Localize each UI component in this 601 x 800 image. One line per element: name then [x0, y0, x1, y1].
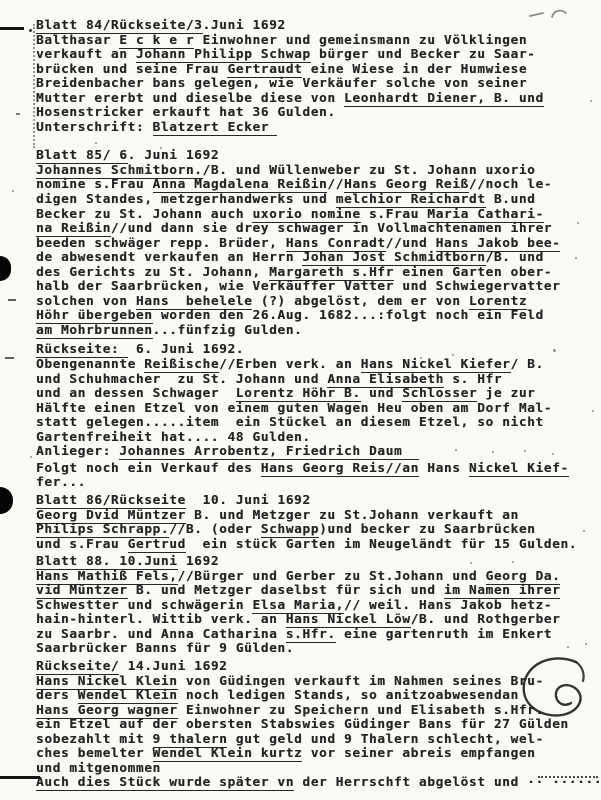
typed-text: 1692: [178, 554, 220, 569]
text-line: des Gerichts zu St. Johann, Margareth s.…: [36, 266, 587, 281]
typed-text: solchen von: [36, 294, 136, 309]
typed-text: Breidenbacher bans gelegen, wie Verkäufe…: [36, 76, 527, 91]
ink-speck: [29, 29, 32, 32]
typed-text: s. Hfr: [444, 372, 502, 387]
text-line: Blatt 85/ 6. Juni 1692: [36, 149, 587, 164]
typed-text: B. und Metzger zu St.Johann verkauft an: [186, 508, 519, 523]
scan-edge-line-top-left: [0, 27, 24, 30]
text-line: Gartenfreiheit hat.... 48 Gulden.: [36, 431, 587, 446]
text-line: Hans Mathiß Fels,//Bürger und Gerber zu …: [36, 570, 587, 585]
text-line: Hans Georg wagner Einwohner zu Speichern…: [36, 704, 587, 719]
typed-text: Anlieger:: [36, 444, 119, 459]
text-line: Schwestter und schwägerin Elsa Maria,// …: [36, 599, 587, 614]
text-line: Rückseite/ 14.Juni 1692: [36, 660, 587, 675]
typed-text: und an dessen Schwager: [36, 386, 236, 401]
text-line: verkauft an Johann Philipp Schwap bürger…: [36, 48, 587, 63]
typed-text: halb der Saarbrücken, wie Verkäuffer Vat…: [36, 279, 560, 294]
text-line: Blatt 84/Rückseite/3.Juni 1692: [36, 19, 587, 34]
typed-text: Balthasar: [36, 33, 119, 48]
entry-block-blatt-84-rueckseite-3-juni-1692: Blatt 84/Rückseite/3.Juni 1692Balthasar …: [36, 19, 587, 135]
ink-speck: [512, 561, 514, 563]
typed-text: Saarbrücker Banns für 9 Gülden.: [36, 641, 294, 656]
ink-speck: [592, 410, 594, 412]
typed-text: (?) abgelöst, dem er von: [252, 294, 468, 309]
typed-text: Obengenannte: [36, 357, 144, 372]
text-line: hain-hinterl. Wittib verk. an Hans Nicke…: [36, 613, 587, 628]
typed-text: //noch le-: [469, 177, 552, 192]
entry-block-blatt-88-10-juni-1692: Blatt 88. 10.Juni 1692Hans Mathiß Fels,/…: [36, 555, 587, 657]
underlined-text: Blatt 88. 10.Juni: [36, 554, 178, 570]
scan-edge-line-bottom-left: [0, 776, 40, 779]
text-line: na Reißin//und dann sie drey schwager in…: [36, 222, 587, 237]
typed-text: Folgt noch ein Verkauf des: [36, 461, 261, 476]
text-line: Unterschrift: Blatzert Ecker: [36, 121, 587, 136]
typed-text: // weil. Hans Jakob hetz-: [344, 598, 552, 613]
underlined-text: Höhr übergeben: [36, 308, 153, 324]
text-line: Breidenbacher bans gelegen, wie Verkäufe…: [36, 77, 587, 92]
ink-speck: [590, 100, 592, 102]
text-line: Saarbrücker Banns für 9 Gülden.: [36, 642, 587, 657]
typed-text: Hosenstricker erkauft hat 36 Gulden.: [36, 105, 336, 120]
typed-text: vor seiner abreis empfangen: [302, 746, 535, 761]
text-line: Auch dies Stück wurde später vn der Herr…: [36, 776, 587, 791]
typed-text: gut geld und 9 Thalern schlecht, wel-: [227, 732, 543, 747]
entry-block-blatt-85-6-juni-1692: Blatt 85/ 6. Juni 1692Johannes Schmitbor…: [36, 149, 587, 338]
text-line: am Mohrbrunnen...fünfzig Gulden.: [36, 324, 587, 339]
text-line: Folgt noch ein Verkauf des Hans Georg Re…: [36, 462, 587, 477]
entry-block-nachtrag-verkauf-reis-kiefer: Folgt noch ein Verkauf des Hans Georg Re…: [36, 462, 587, 491]
typed-text: 10. Juni 1692: [186, 493, 311, 508]
entry-block-rueckseite-14-juni-1692: Rückseite/ 14.Juni 1692Hans Nickel Klein…: [36, 660, 587, 791]
ink-speck: [583, 530, 585, 532]
typed-text: je zur: [477, 386, 535, 401]
typed-text: verkauft an: [36, 47, 136, 62]
ink-speck: [552, 453, 554, 455]
text-line: Blatt 86/Rückseite 10. Juni 1692: [36, 494, 587, 509]
underlined-text: Blatt 86/Rückseite: [36, 493, 186, 509]
text-line: sobezahlt mit 9 thalern gut geld und 9 T…: [36, 733, 587, 748]
text-line: halb der Saarbrücken, wie Verkäuffer Vat…: [36, 280, 587, 295]
margin-dash: [8, 299, 16, 301]
text-line: Obengenannte Reißische//Erben verk. an H…: [36, 358, 587, 373]
ink-speck: [160, 147, 162, 149]
underlined-text: am Mohrbrunnen: [36, 323, 153, 339]
typed-text: B.und: [486, 192, 536, 207]
ink-speck: [452, 354, 454, 356]
margin-dotted-line: [33, 24, 35, 148]
text-line: Anlieger: Johannes Arrobentz, Friedrich …: [36, 445, 587, 460]
text-line: nomine s.Frau Anna Magdalena Reißin//Han…: [36, 178, 587, 193]
typed-text: Einwohner und gemeinsmann zu Völklingen: [194, 33, 527, 48]
margin-dash: [16, 113, 20, 115]
typed-text: digen Standes, metzgerhandwerks und: [36, 192, 336, 207]
text-line: zu Saarbr. und Anna Catharina s.Hfr. ein…: [36, 628, 587, 643]
handwritten-tick-mark: [528, 4, 570, 22]
text-line: beeden schwäger repp. Brüder, Hans Conra…: [36, 237, 587, 252]
typed-text: .Juni 1692: [203, 18, 286, 33]
text-line: ders Wendel Klein noch ledigen Stands, s…: [36, 689, 587, 704]
text-line: Höhr übergeben worden den 26.Aug. 1682..…: [36, 309, 587, 324]
typed-text: einen Garten ober-: [394, 265, 552, 280]
underlined-text: Blatzert Ecker: [153, 120, 278, 136]
text-line: Balthasar E c k e r Einwohner und gemein…: [36, 34, 587, 49]
ink-speck: [553, 349, 556, 352]
typed-text: und mitgenommen: [36, 761, 161, 776]
typed-text: s.Frau: [361, 207, 428, 222]
typed-text: eine Wiese in der Humwiese: [302, 62, 527, 77]
typed-text: ein stück Garten im Neugeländt für 15 Gu…: [186, 537, 577, 552]
typed-text: Unterschrift:: [36, 120, 153, 135]
underlined-text: Hans Georg Reis//an: [261, 461, 419, 477]
typed-text: //B. (oder: [169, 522, 261, 537]
text-line: Hans Nickel Klein von Güdingen verkauft …: [36, 675, 587, 690]
typed-text: Hälfte einen Etzel von einem guten Wagen…: [36, 401, 552, 416]
underlined-text: Auch dies Stück wurde später vn: [36, 775, 294, 791]
typed-text: B. und Metzger daselbst für sich und: [128, 583, 444, 598]
typed-text: 6. Juni 1692.: [128, 342, 245, 357]
ink-speck: [30, 456, 32, 458]
text-line: Hosenstricker erkauft hat 36 Gulden.: [36, 106, 587, 121]
text-line: fer...: [36, 476, 587, 491]
text-line: Rückseite: 6. Juni 1692.: [36, 343, 587, 358]
typed-text: //Bürger und Gerber zu St.Johann und: [178, 569, 486, 584]
underlined-text: Rückseite/: [36, 659, 119, 675]
typed-text: beeden schwäger repp. Brüder,: [36, 236, 286, 251]
typed-text: nomine s.Frau: [36, 177, 153, 192]
typed-text: //Erben verk. an: [219, 357, 361, 372]
text-line: Becker zu St. Johann auch uxorio nomine …: [36, 208, 587, 223]
text-line: de abwesendt verkaufen an Herrn Johan Jo…: [36, 251, 587, 266]
typed-text: Mutter ererbt und dieselbe diese von: [36, 91, 344, 106]
typed-text: sobezahlt mit: [36, 732, 153, 747]
text-line: solchen von Hans behelele (?) abgelöst, …: [36, 295, 587, 310]
typed-text: noch ledigen Stands, so anitzoabwesendan: [178, 688, 519, 703]
text-line: ein Etzel auf der obersten Stabswies Güd…: [36, 718, 587, 733]
ink-speck: [470, 562, 472, 564]
typed-text: und: [361, 386, 403, 401]
text-line: Johannes Schmitborn./B. und Wüllenweber …: [36, 164, 587, 179]
text-line: Philips Schrapp.//B. (oder Schwapp)und b…: [36, 523, 587, 538]
typed-text: Einwohner zu Speichern und Elisabeth s.H…: [178, 703, 544, 718]
text-line: Hälfte einen Etzel von einem guten Wagen…: [36, 402, 587, 417]
typed-text: ein Etzel auf der obersten Stabswies Güd…: [36, 717, 569, 732]
ink-speck: [577, 222, 579, 224]
typed-text: //: [327, 177, 344, 192]
ink-speck: [455, 449, 457, 451]
typed-text: Schwestter und schwägerin: [36, 598, 252, 613]
typed-text: hain-hinterl. Wittib verk. an: [36, 612, 286, 627]
text-line: und mitgenommen: [36, 762, 587, 777]
typed-text: / B.: [511, 357, 544, 372]
text-line: brücken und seine Frau Gertraudt eine Wi…: [36, 63, 587, 78]
underlined-text: Gertrud: [128, 537, 186, 553]
text-line: und s.Frau Gertrud ein stück Garten im N…: [36, 538, 587, 553]
text-line: Georg Dvid Müntzer B. und Metzger zu St.…: [36, 509, 587, 524]
typed-text: Gartenfreiheit hat.... 48 Gulden.: [36, 430, 311, 445]
typed-text: statt gelegen.....item ein Stückel an di…: [36, 415, 544, 430]
typed-text: Becker zu St. Johann auch: [36, 207, 252, 222]
hole-punch-mark-bottom: [0, 487, 13, 514]
text-line: digen Standes, metzgerhandwerks und melc…: [36, 193, 587, 208]
underlined-text: Nickel Kief-: [469, 461, 569, 477]
underlined-text: Wendel Klein: [78, 688, 178, 704]
typed-text: ches bemelter: [36, 746, 153, 761]
typed-text: /B. und Wüllenweber zu St. Johann uxorio: [203, 163, 536, 178]
underlined-text: Wendel Klein kurtz: [153, 746, 303, 762]
typed-text: worden den 26.Aug. 1682...:folgt noch ei…: [153, 308, 544, 323]
typed-text: Hans: [419, 461, 469, 476]
typed-text: zu Saarbr. und Anna Catharina: [36, 627, 286, 642]
text-line: und Schuhmacher zu St. Johann und Anna E…: [36, 373, 587, 388]
typed-text: von Güdingen verkauft im Nahmen seines B…: [178, 674, 544, 689]
underlined-text: Leonhardt Diener, B. und: [344, 91, 544, 107]
ink-speck: [585, 643, 587, 645]
entry-block-blatt-86-rueckseite-10-juni-1692: Blatt 86/Rückseite 10. Juni 1692Georg Dv…: [36, 494, 587, 552]
typed-text: der Herrschft abgelöst und: [294, 775, 519, 790]
ink-speck: [420, 357, 422, 359]
typed-text: //und: [386, 236, 436, 251]
hole-punch-mark-top: [0, 256, 11, 281]
entry-block-rueckseite-6-juni-1692: Rückseite: 6. Juni 1692.Obengenannte Rei…: [36, 343, 587, 459]
typed-text: bürger und Becker zu Saar-: [311, 47, 536, 62]
ink-speck: [567, 646, 569, 648]
typed-text: /B. und Rothgerber: [411, 612, 561, 627]
scanned-document-page: Blatt 84/Rückseite/3.Juni 1692Balthasar …: [0, 0, 601, 800]
ink-speck: [492, 451, 494, 453]
underlined-text: Blatt 85/ 6: [36, 148, 128, 164]
typed-text: des Gerichts zu St. Johann,: [36, 265, 269, 280]
ink-speck: [524, 450, 526, 452]
ink-speck: [95, 142, 97, 144]
typed-text: brücken und seine Frau: [36, 62, 227, 77]
text-line: Blatt 88. 10.Juni 1692: [36, 555, 587, 570]
typed-text: und s.Frau: [36, 537, 128, 552]
text-line: und an dessen Schwager Lorentz Höhr B. u…: [36, 387, 587, 402]
trailing-dotted-line: [538, 776, 598, 778]
typed-text: //und dann sie drey schwager in Vollmach…: [111, 221, 552, 236]
text-line: ches bemelter Wendel Klein kurtz vor sei…: [36, 747, 587, 762]
typed-text: )und becker zu Saarbrücken: [319, 522, 535, 537]
typed-text: . Juni 1692: [128, 148, 220, 163]
ink-speck: [575, 257, 577, 259]
typed-text: 14.Juni 1692: [119, 659, 227, 674]
typed-text: und Schuhmacher zu St. Johann und: [36, 372, 327, 387]
text-line: Mutter ererbt und dieselbe diese von Leo…: [36, 92, 587, 107]
typed-text: ders: [36, 688, 78, 703]
typed-text: eine gartenruth im Enkert: [336, 627, 552, 642]
underlined-text: Johannes Arrobentz, Friedrich Daum: [119, 444, 419, 460]
margin-dash: [5, 357, 14, 359]
typed-text: ...fünfzig Gulden.: [153, 323, 303, 338]
typed-text: de abwesendt verkaufen an Herrn: [36, 250, 302, 265]
handwritten-loop-annotation: [512, 654, 596, 720]
text-line: statt gelegen.....item ein Stückel an di…: [36, 416, 587, 431]
ink-speck: [12, 190, 14, 192]
typed-text: /B. und: [486, 250, 544, 265]
document-body: Blatt 84/Rückseite/3.Juni 1692Balthasar …: [36, 19, 587, 791]
typed-text: fer...: [36, 475, 86, 490]
text-line: vid Müntzer B. und Metzger daselbst für …: [36, 584, 587, 599]
